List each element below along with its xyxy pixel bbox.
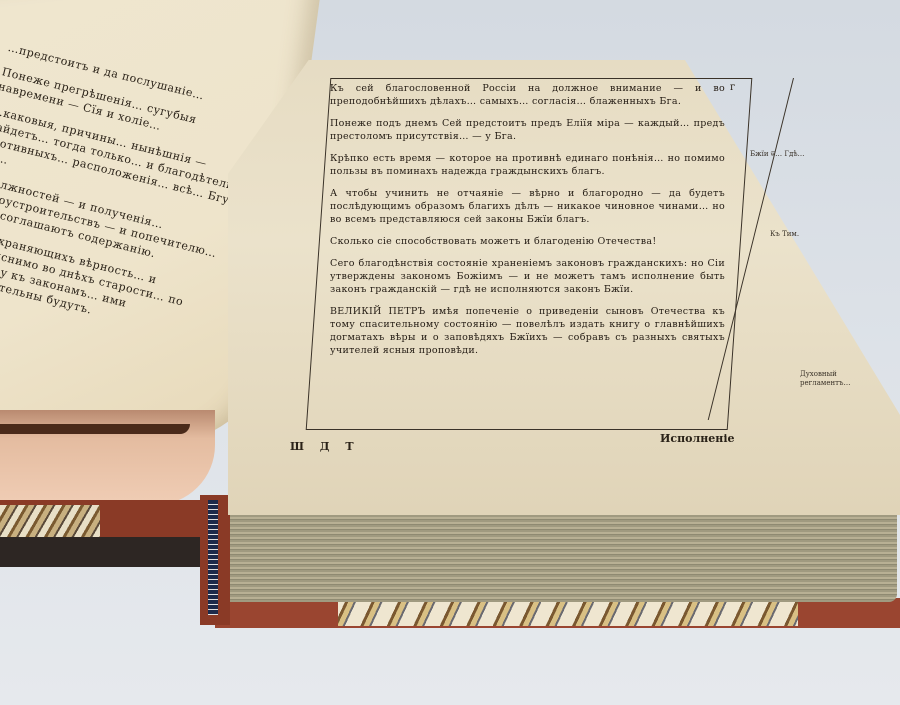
marginal-note: Бжїи ѿ… Гдѣ… — [750, 150, 805, 159]
right-paragraph: А чтобы учинить не отчаяніе — вѣрно и бл… — [330, 187, 725, 226]
right-paragraph: Сколько сіе способствовать можетъ и благ… — [330, 235, 725, 248]
right-paragraph: Понеже подъ днемъ Сей предстоитъ предъ Е… — [330, 117, 725, 143]
page-shadow-band — [0, 424, 190, 434]
headband — [208, 500, 218, 615]
page-block-edge — [222, 510, 897, 602]
marginal-note: Духовный регламентъ… — [800, 370, 860, 388]
right-paragraph: Крѣпко есть время — которое на противнѣ … — [330, 152, 725, 178]
marginal-note: Къ Тим. — [770, 230, 799, 239]
cover-shadow — [0, 537, 220, 567]
catchword: Исполненіе — [660, 432, 735, 445]
right-paragraph: Сего благодѣнствія состояніе храненіемъ … — [330, 257, 725, 296]
page-number: г — [730, 82, 735, 93]
left-page-underside — [0, 410, 215, 505]
left-marbled-paper — [0, 505, 100, 537]
signature-mark: Ш Д Т — [290, 440, 360, 453]
book-photo: …предстоитъ и да послушаніе… Понеже прег… — [0, 0, 900, 705]
right-page-text: Къ сей благословенной Россіи на должное … — [330, 82, 725, 366]
right-marbled-paper — [338, 598, 798, 626]
right-paragraph: ВЕЛИКІЙ ПЕТРЪ имѣя попеченіе о приведені… — [330, 305, 725, 357]
right-paragraph: Къ сей благословенной Россіи на должное … — [330, 82, 725, 108]
